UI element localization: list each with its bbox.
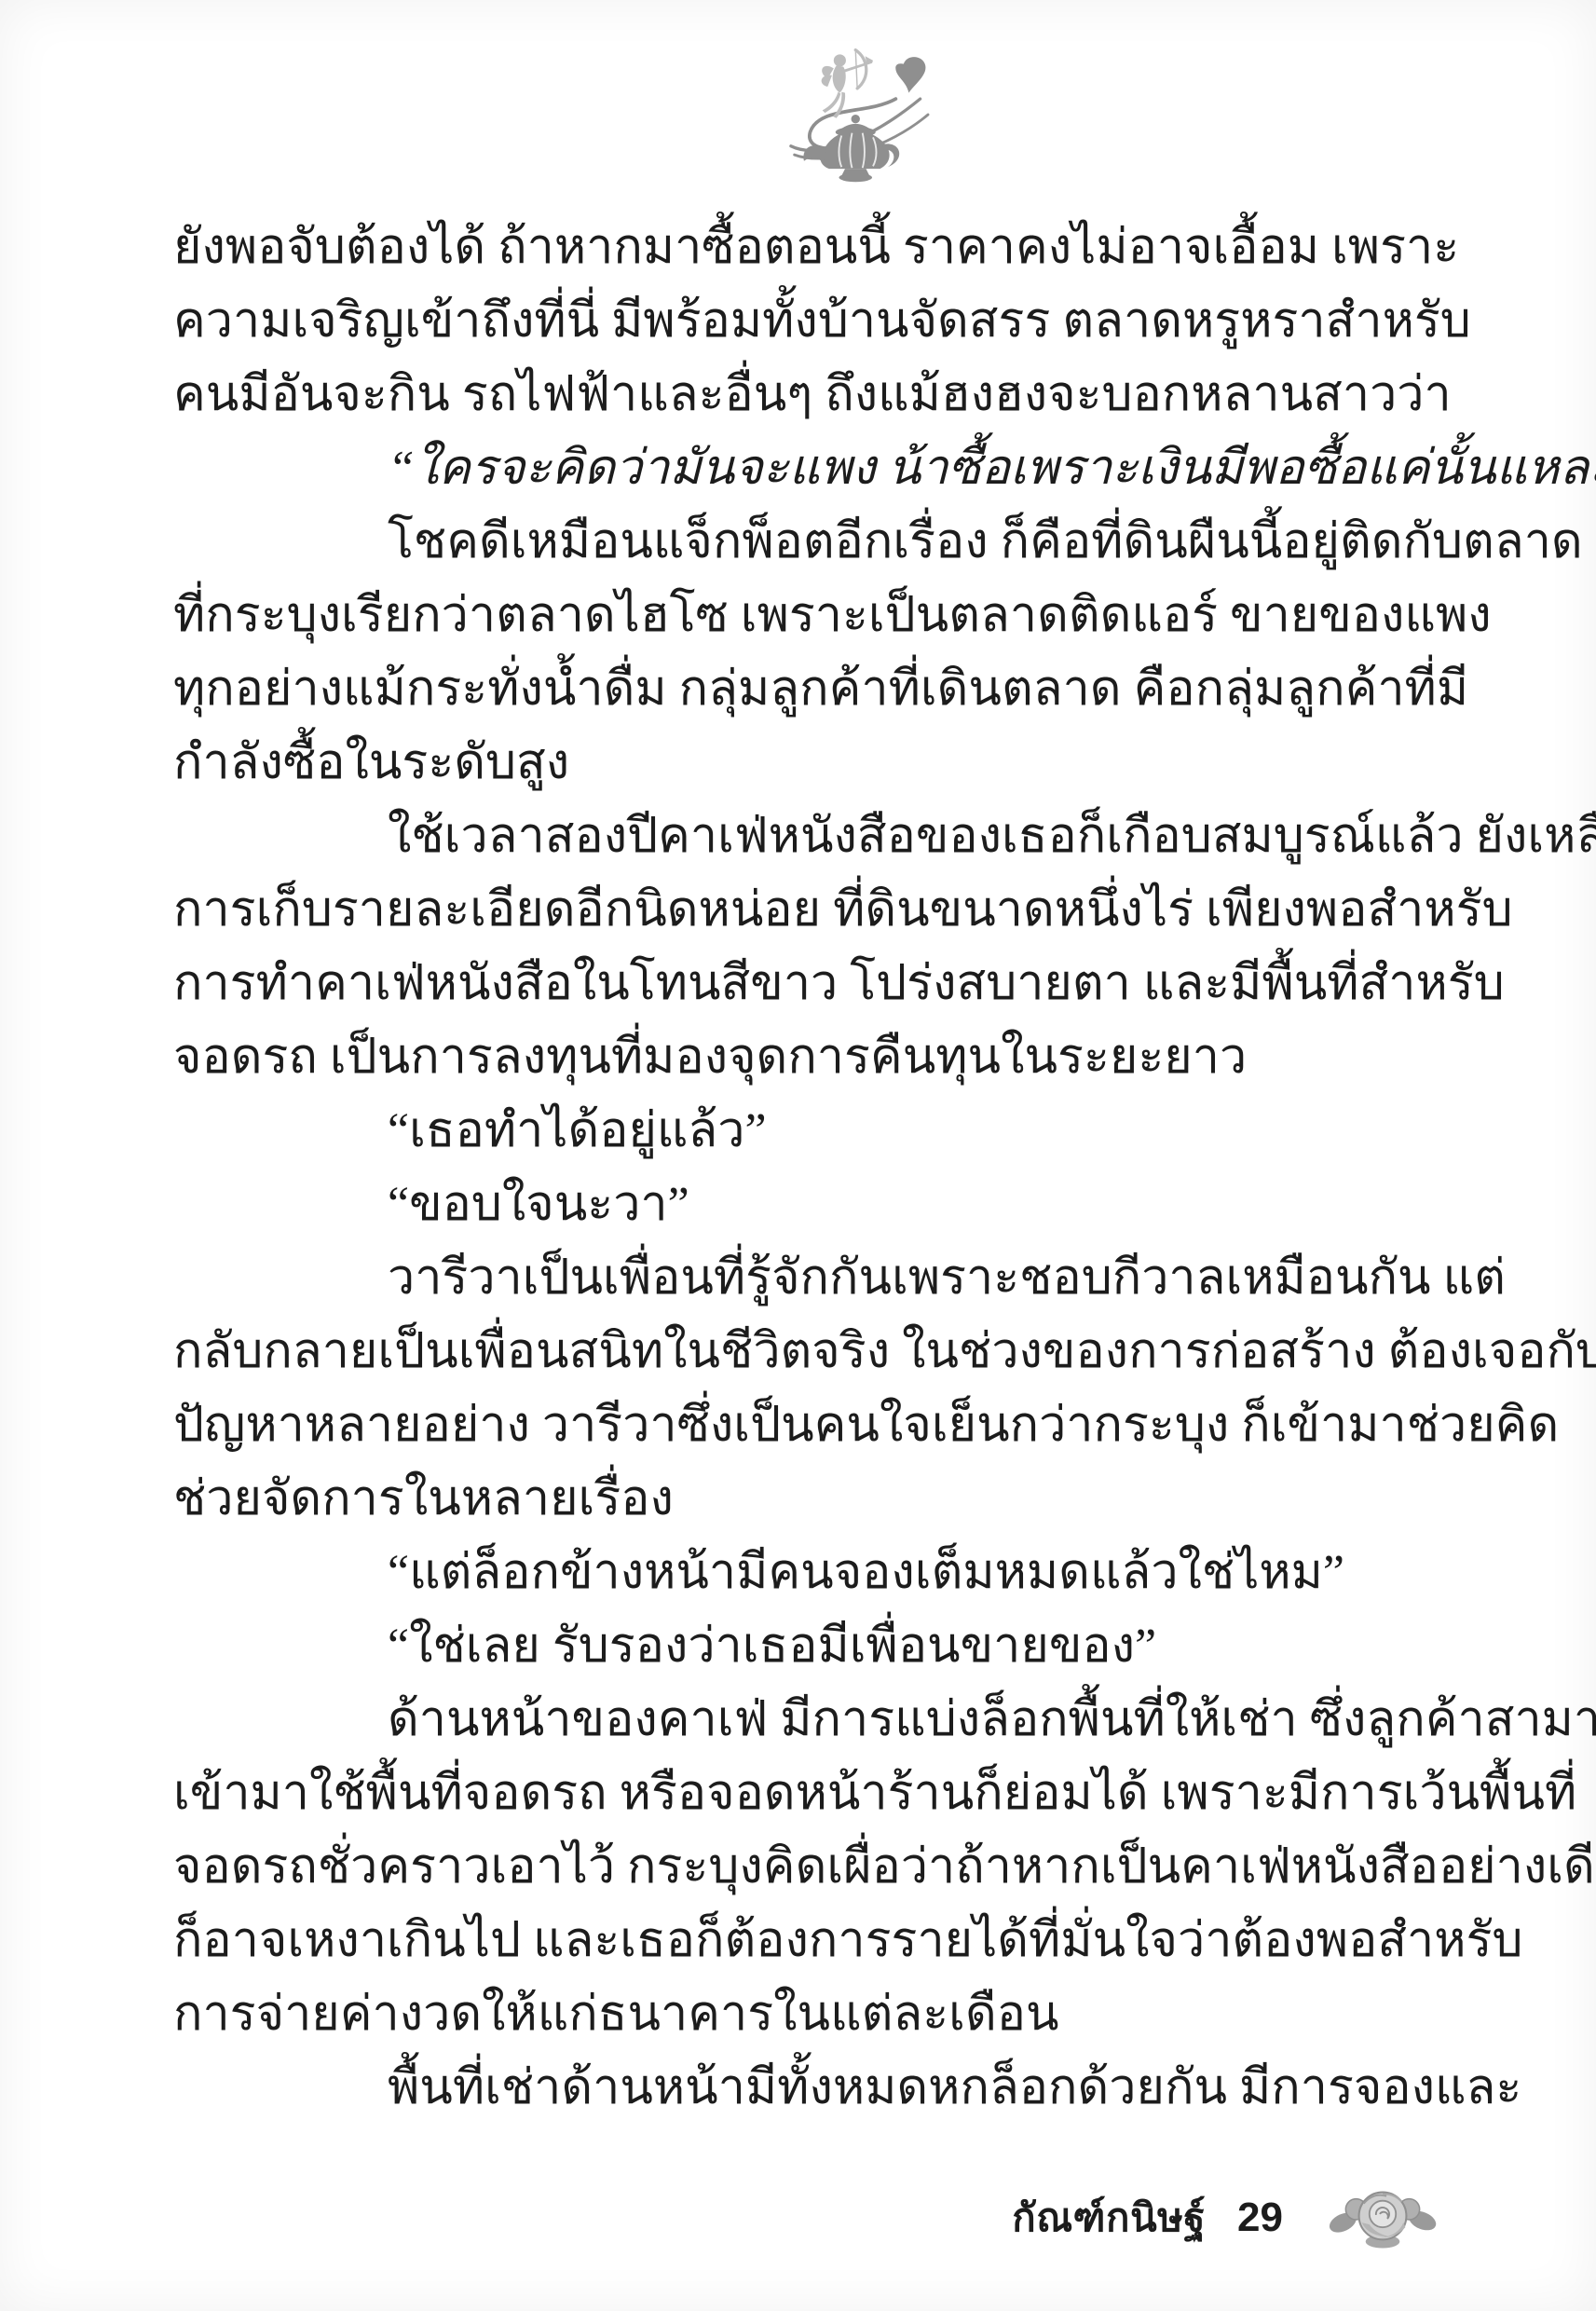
- book-page: ยังพอจับต้องได้ ถ้าหากมาซื้อตอนนี้ ราคาค…: [0, 0, 1596, 2311]
- body-line: ช่วยจัดการในหลายเรื่อง: [173, 1462, 1433, 1536]
- body-line-dialogue: “ขอบใจนะวา”: [173, 1168, 1433, 1241]
- body-line: กลับกลายเป็นเพื่อนสนิทในชีวิตจริง ในช่วง…: [173, 1315, 1433, 1388]
- rose-ornament-icon: [1326, 2173, 1439, 2263]
- footer-page-number: 29: [1237, 2195, 1283, 2241]
- body-line: โชคดีเหมือนแจ็กพ็อตอีกเรื่อง ก็คือที่ดิน…: [173, 505, 1433, 579]
- footer-book-title: กัณฑ์กนิษฐ์: [1012, 2187, 1206, 2249]
- page-footer: กัณฑ์กนิษฐ์ 29: [1012, 2173, 1439, 2263]
- body-line-dialogue: “เธอทำได้อยู่แล้ว”: [173, 1094, 1433, 1168]
- body-line-dialogue: “ใครจะคิดว่ามันจะแพง น้าซื้อเพราะเงินมีพ…: [173, 431, 1433, 505]
- body-line: ใช้เวลาสองปีคาเฟ่หนังสือของเธอก็เกือบสมบ…: [173, 800, 1433, 873]
- body-line: การเก็บรายละเอียดอีกนิดหน่อย ที่ดินขนาดห…: [173, 873, 1433, 947]
- body-line: เข้ามาใช้พื้นที่จอดรถ หรือจอดหน้าร้านก็ย…: [173, 1757, 1433, 1830]
- body-line: วารีวาเป็นเพื่อนที่รู้จักกันเพราะชอบกีวา…: [173, 1241, 1433, 1315]
- body-line: ยังพอจับต้องได้ ถ้าหากมาซื้อตอนนี้ ราคาค…: [173, 211, 1433, 284]
- body-line: กำลังซื้อในระดับสูง: [173, 726, 1433, 800]
- body-line: การจ่ายค่างวดให้แก่ธนาคารในแต่ละเดือน: [173, 1977, 1433, 2051]
- body-line: ปัญหาหลายอย่าง วารีวาซึ่งเป็นคนใจเย็นกว่…: [173, 1388, 1433, 1462]
- body-line: จอดรถ เป็นการลงทุนที่มองจุดการคืนทุนในระ…: [173, 1020, 1433, 1094]
- body-line-dialogue: “แต่ล็อกข้างหน้ามีคนจองเต็มหมดแล้วใช่ไหม…: [173, 1536, 1433, 1609]
- body-line: ก็อาจเหงาเกินไป และเธอก็ต้องการรายได้ที่…: [173, 1904, 1433, 1977]
- body-line: ด้านหน้าของคาเฟ่ มีการแบ่งล็อกพื้นที่ให้…: [173, 1683, 1433, 1757]
- body-line: พื้นที่เช่าด้านหน้ามีทั้งหมดหกล็อกด้วยกั…: [173, 2051, 1433, 2125]
- text-block: ยังพอจับต้องได้ ถ้าหากมาซื้อตอนนี้ ราคาค…: [173, 211, 1433, 2125]
- body-line: ความเจริญเข้าถึงที่นี่ มีพร้อมทั้งบ้านจั…: [173, 284, 1433, 358]
- body-line-dialogue: “ใช่เลย รับรองว่าเธอมีเพื่อนขายของ”: [173, 1609, 1433, 1683]
- body-line: จอดรถชั่วคราวเอาไว้ กระบุงคิดเผื่อว่าถ้า…: [173, 1830, 1433, 1904]
- body-line: คนมีอันจะกิน รถไฟฟ้าและอื่นๆ ถึงแม้ฮงฮงจ…: [173, 358, 1433, 431]
- body-line: ที่กระบุงเรียกว่าตลาดไฮโซ เพราะเป็นตลาดต…: [173, 579, 1433, 652]
- lamp-cupid-heart-ornament-icon: [757, 45, 948, 185]
- body-line: การทำคาเฟ่หนังสือในโทนสีขาว โปร่งสบายตา …: [173, 947, 1433, 1020]
- body-line: ทุกอย่างแม้กระทั่งน้ำดื่ม กลุ่มลูกค้าที่…: [173, 652, 1433, 726]
